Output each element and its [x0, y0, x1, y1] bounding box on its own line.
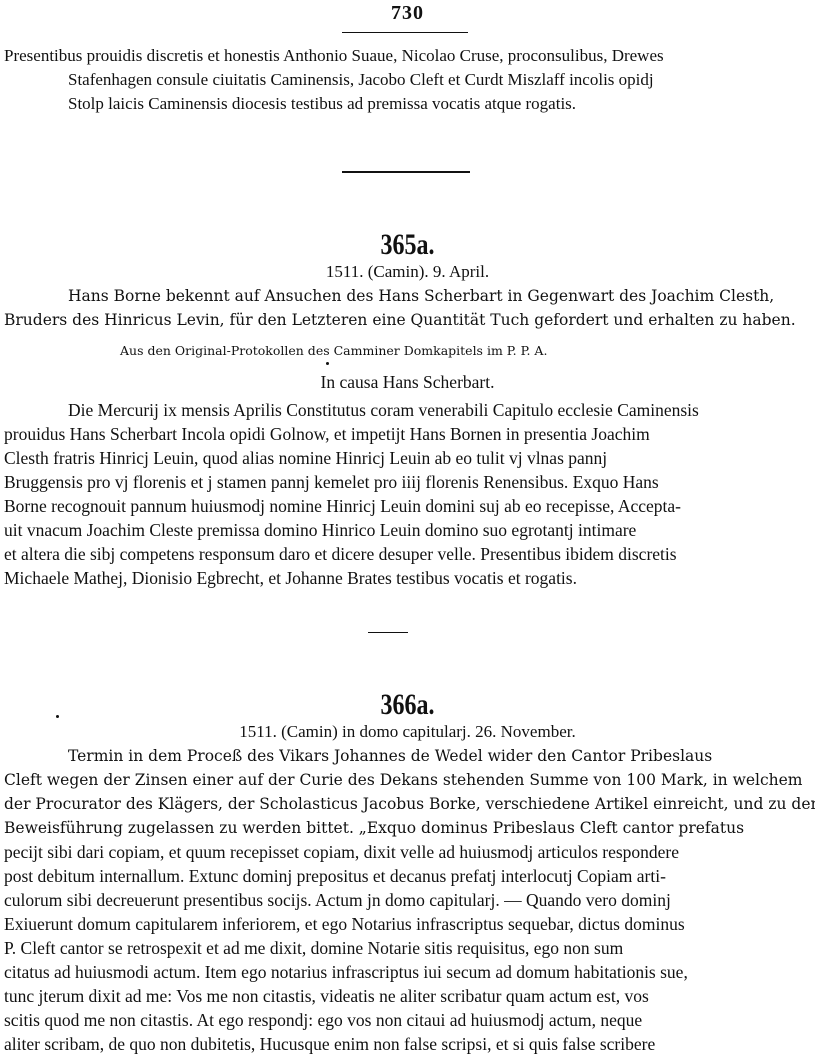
doc-365a-summary: Hans Borne bekennt auf Ansuchen des Hans…	[4, 284, 809, 332]
text: Stafenhagen consule ciuitatis Caminensis…	[68, 70, 654, 89]
text: Presentibus prouidis discretis et honest…	[4, 46, 664, 65]
summary-line-2: Bruders des Hinricus Levin, für den Letz…	[4, 308, 809, 332]
section-rule	[368, 632, 408, 633]
header-rule	[342, 32, 468, 33]
summary-line: Termin in dem Proceß des Vikars Johannes…	[4, 744, 809, 768]
top-line-1: Presentibus prouidis discretis et honest…	[4, 44, 809, 68]
body-line: Die Mercurij ix mensis Aprilis Constitut…	[4, 398, 809, 422]
body-line: prouidus Hans Scherbart Incola opidi Gol…	[4, 422, 809, 446]
doc-366a-dateline: 1511. (Camin) in domo capitularj. 26. No…	[0, 722, 815, 742]
summary-line: der Procurator des Klägers, der Scholast…	[4, 792, 809, 816]
body-line: citatus ad huiusmodi actum. Item ego not…	[4, 960, 809, 984]
doc-365a-number: 365a.	[82, 228, 734, 262]
body-line: culorum sibi decreuerunt presentibus soc…	[4, 888, 809, 912]
dot	[56, 715, 59, 718]
doc-365a-source: Aus den Original-Protokollen des Cammine…	[120, 343, 547, 358]
top-line-2: Stafenhagen consule ciuitatis Caminensis…	[4, 68, 809, 92]
body-line: Exiuerunt domum capitularem inferiorem, …	[4, 912, 809, 936]
dot	[326, 362, 329, 365]
body-line: Borne recognouit pannum huiusmodj nomine…	[4, 494, 809, 518]
body-line: aliter scribam, de quo non dubitetis, Hu…	[4, 1032, 809, 1054]
doc-365a-case-title: In causa Hans Scherbart.	[0, 372, 815, 393]
doc-366a-summary: Termin in dem Proceß des Vikars Johannes…	[4, 744, 809, 840]
doc-365a-body: Die Mercurij ix mensis Aprilis Constitut…	[4, 398, 809, 590]
doc-365a-dateline: 1511. (Camin). 9. April.	[0, 262, 815, 282]
body-line: Michaele Mathej, Dionisio Egbrecht, et J…	[4, 566, 809, 590]
section-rule	[342, 171, 470, 173]
page-number: 730	[0, 2, 815, 25]
summary-line: Beweisführung zugelassen zu werden bitte…	[4, 816, 809, 840]
body-line: scitis quod me non citastis. At ego resp…	[4, 1008, 809, 1032]
doc-366a-number: 366a.	[82, 688, 734, 722]
body-line: pecijt sibi dari copiam, et quum recepis…	[4, 840, 809, 864]
body-line: P. Cleft cantor se retrospexit et ad me …	[4, 936, 809, 960]
body-line: tunc jterum dixit ad me: Vos me non cita…	[4, 984, 809, 1008]
body-line: Bruggensis pro vj florenis et j stamen p…	[4, 470, 809, 494]
text: Stolp laicis Caminensis diocesis testibu…	[68, 94, 576, 113]
body-line: post debitum internallum. Extunc dominj …	[4, 864, 809, 888]
body-line: uit vnacum Joachim Cleste premissa domin…	[4, 518, 809, 542]
top-paragraph: Presentibus prouidis discretis et honest…	[4, 44, 809, 116]
summary-line-1: Hans Borne bekennt auf Ansuchen des Hans…	[4, 284, 809, 308]
top-line-3: Stolp laicis Caminensis diocesis testibu…	[4, 92, 809, 116]
summary-line: Cleft wegen der Zinsen einer auf der Cur…	[4, 768, 809, 792]
doc-366a-body: pecijt sibi dari copiam, et quum recepis…	[4, 840, 809, 1054]
body-line: Clesth fratris Hinricj Leuin, quod alias…	[4, 446, 809, 470]
body-line: et altera die sibj competens responsum d…	[4, 542, 809, 566]
